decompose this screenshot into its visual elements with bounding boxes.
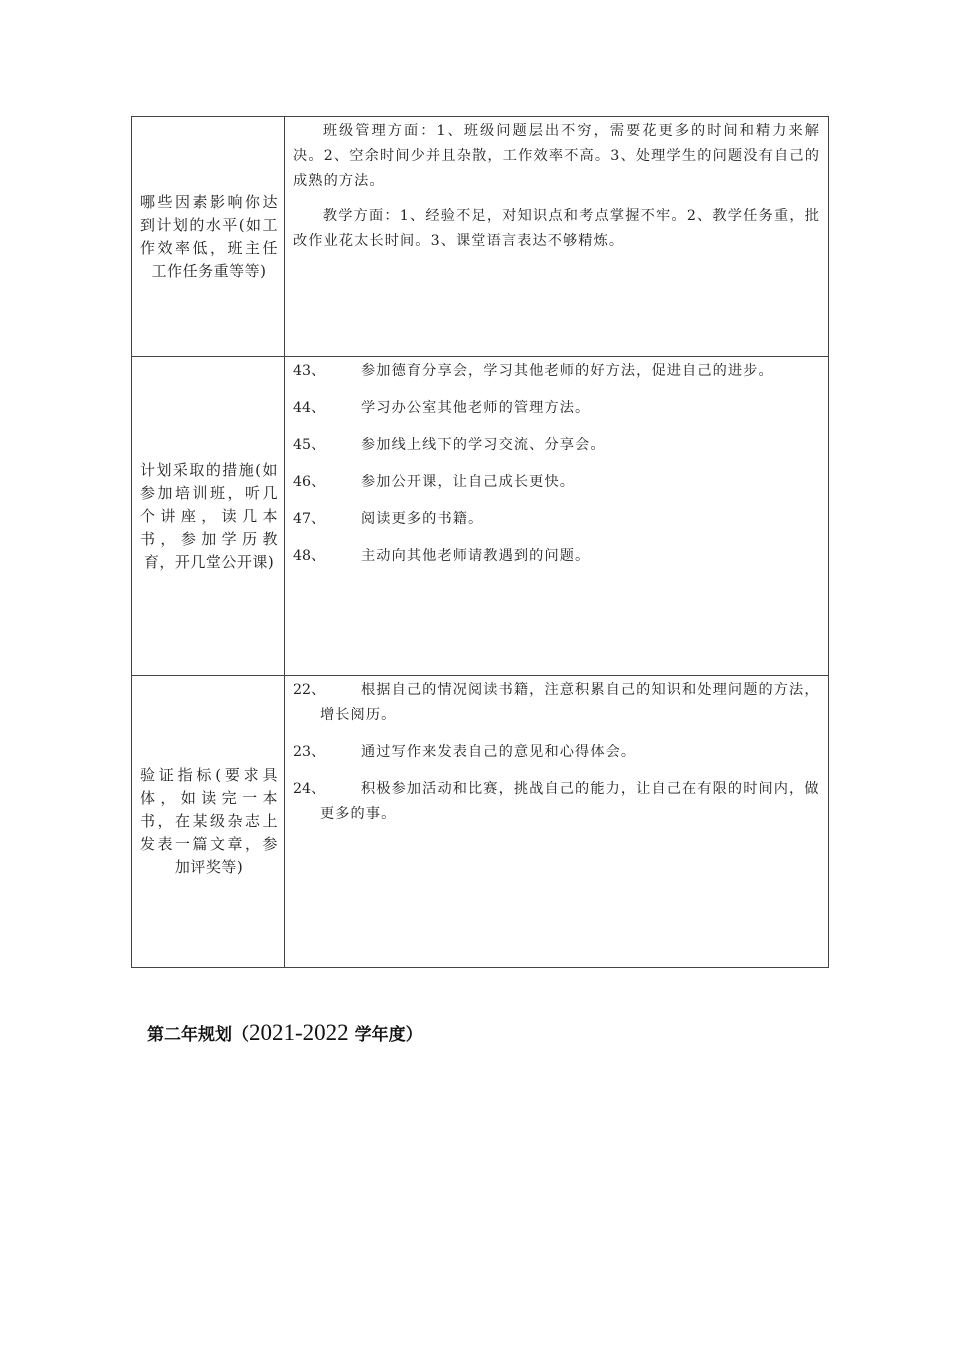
list-item-number: 22、 [293,678,361,703]
paragraph-teaching: 教学方面：1、经验不足，对知识点和考点掌握不牢。2、教学任务重，批改作业花太长时… [293,204,820,254]
list-item: 48、 主动向其他老师请教遇到的问题。 [293,544,820,569]
table-row-factors: 哪些因素影响你达到计划的水平(如工作效率低，班主任工作任务重等等) 班级管理方面… [132,117,829,357]
heading-year-range: 2021-2022 [249,1020,349,1045]
plan-table: 哪些因素影响你达到计划的水平(如工作效率低，班主任工作任务重等等) 班级管理方面… [131,116,829,968]
row-label: 哪些因素影响你达到计划的水平(如工作效率低，班主任工作任务重等等) [132,117,285,357]
list-item: 23、通过写作来发表自己的意见和心得体会。 [293,740,820,765]
section-heading-second-year-plan: 第二年规划（2021-2022 学年度） [147,1020,423,1046]
row-content: 22、根据自己的情况阅读书籍，注意积累自己的知识和处理问题的方法，增长阅历。 2… [285,676,829,968]
list-item-text: 学习办公室其他老师的管理方法。 [361,396,820,421]
list-item: 24、积极参加活动和比赛，挑战自己的能力，让自己在有限的时间内，做更多的事。 [293,777,820,827]
paragraph-class-management: 班级管理方面：1、班级问题层出不穷，需要花更多的时间和精力来解决。2、空余时间少… [293,119,820,194]
list-item-text: 阅读更多的书籍。 [361,507,820,532]
heading-suffix: 学年度） [349,1025,423,1045]
list-item-number: 23、 [293,740,361,765]
list-item: 46、 参加公开课，让自己成长更快。 [293,470,820,495]
row-label: 验证指标(要求具体，如读完一本书，在某级杂志上发表一篇文章，参加评奖等) [132,676,285,968]
table-row-measures: 计划采取的措施(如参加培训班，听几个讲座，读几本书，参加学历教育，开几堂公开课)… [132,357,829,676]
row-label: 计划采取的措施(如参加培训班，听几个讲座，读几本书，参加学历教育，开几堂公开课) [132,357,285,676]
list-item-text: 参加德育分享会，学习其他老师的好方法，促进自己的进步。 [361,359,820,384]
list-item: 22、根据自己的情况阅读书籍，注意积累自己的知识和处理问题的方法，增长阅历。 [293,678,820,728]
list-item-number: 43、 [293,359,361,384]
list-item-text: 根据自己的情况阅读书籍，注意积累自己的知识和处理问题的方法，增长阅历。 [320,682,820,723]
list-item-text: 通过写作来发表自己的意见和心得体会。 [361,744,636,760]
list-item: 47、 阅读更多的书籍。 [293,507,820,532]
list-item: 44、 学习办公室其他老师的管理方法。 [293,396,820,421]
list-item-number: 46、 [293,470,361,495]
table-row-verification: 验证指标(要求具体，如读完一本书，在某级杂志上发表一篇文章，参加评奖等) 22、… [132,676,829,968]
heading-prefix: 第二年规划（ [147,1025,249,1045]
list-item-text: 积极参加活动和比赛，挑战自己的能力，让自己在有限的时间内，做更多的事。 [320,781,820,822]
list-item-text: 主动向其他老师请教遇到的问题。 [361,544,820,569]
row-content: 班级管理方面：1、班级问题层出不穷，需要花更多的时间和精力来解决。2、空余时间少… [285,117,829,357]
list-item-text: 参加公开课，让自己成长更快。 [361,470,820,495]
list-item-number: 45、 [293,433,361,458]
list-item-number: 44、 [293,396,361,421]
list-item-text: 参加线上线下的学习交流、分享会。 [361,433,820,458]
list-item-number: 48、 [293,544,361,569]
list-item: 43、 参加德育分享会，学习其他老师的好方法，促进自己的进步。 [293,359,820,384]
list-item: 45、 参加线上线下的学习交流、分享会。 [293,433,820,458]
row-content: 43、 参加德育分享会，学习其他老师的好方法，促进自己的进步。 44、 学习办公… [285,357,829,676]
list-item-number: 24、 [293,777,361,802]
list-item-number: 47、 [293,507,361,532]
